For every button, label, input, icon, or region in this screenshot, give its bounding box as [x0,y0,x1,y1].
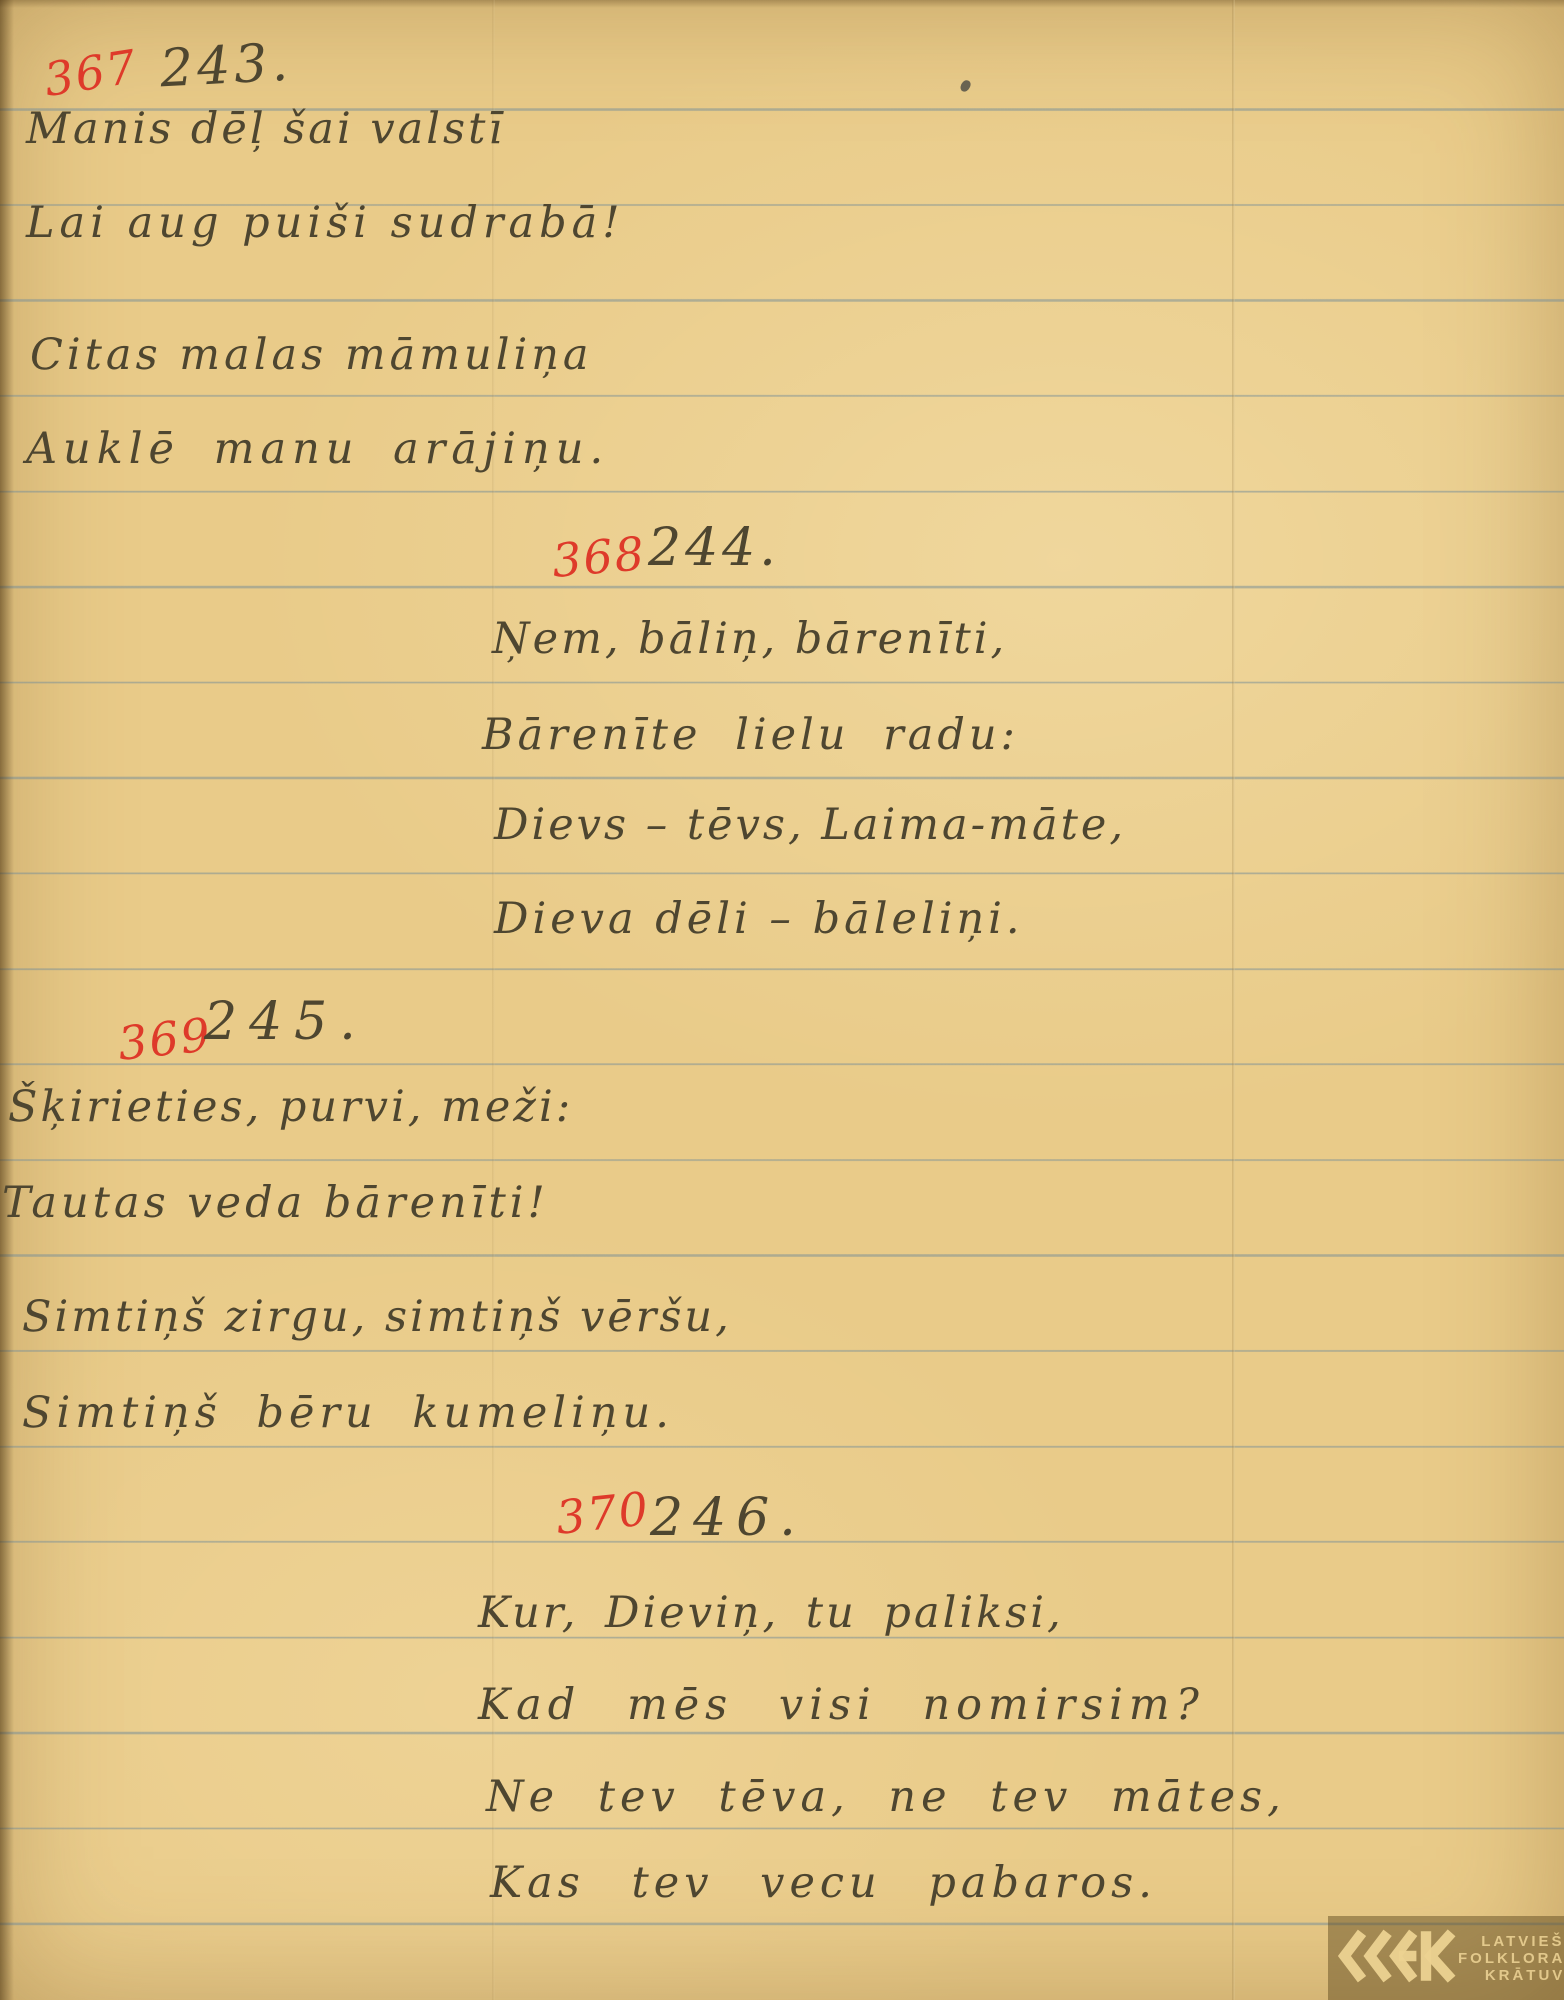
verse-line: Simtiņš zirgu, simtiņš vēršu, [22,1292,732,1342]
verse-line: Tautas veda bārenīti! [2,1178,549,1228]
watermark-line: LATVIEŠU [1481,1933,1564,1950]
verse-line: Dievs – tēvs, Laima-māte, [494,800,1126,850]
watermark-line: FOLKLORAS [1458,1950,1564,1967]
verse-line: Dieva dēli – bāleliņi. [494,894,1024,944]
verse-line: Manis dēļ šai valstī [26,104,505,154]
archive-number: 368 [550,526,648,588]
verse-line: Šķirieties, purvi, meži: [8,1082,573,1132]
song-number: 245. [204,992,368,1052]
manuscript-page: 367 243. Manis dēļ šai valstī Lai aug pu… [0,0,1564,2000]
archive-number: 369 [115,1007,214,1071]
verse-line: Ņem, bāliņ, bārenīti, [492,614,1007,664]
song-number: 244. [648,518,780,578]
paper-crease [1232,0,1235,2000]
verse-line: Kad mēs visi nomirsim? [478,1680,1205,1730]
watermark-text: LATVIEŠU FOLKLORAS KRĀTUVE [1458,1933,1564,1984]
song-number: 243. [159,33,294,100]
page-top-shadow [0,0,1564,8]
archive-number: 367 [40,39,141,107]
verse-line: Simtiņš bēru kumeliņu. [22,1388,674,1438]
lfk-chevron-logo-icon [1338,1925,1458,1991]
ink-speck [959,79,972,94]
verse-line: Kur, Dieviņ, tu paliksi, [478,1588,1064,1638]
page-edge-shadow [0,0,14,2000]
archive-watermark: LATVIEŠU FOLKLORAS KRĀTUVE [1328,1916,1564,2000]
archive-number: 370 [553,1481,652,1545]
verse-line: Bārenīte lielu radu: [482,710,1019,760]
verse-line: Ne tev tēva, ne tev mātes, [486,1772,1286,1822]
song-number: 246. [650,1488,806,1548]
verse-line: Citas malas māmuliņa [30,330,593,380]
verse-line: Auklē manu arājiņu. [26,424,609,474]
verse-line: Kas tev vecu pabaros. [490,1858,1157,1908]
watermark-line: KRĀTUVE [1485,1967,1564,1984]
verse-line: Lai aug puiši sudrabā! [26,198,625,248]
